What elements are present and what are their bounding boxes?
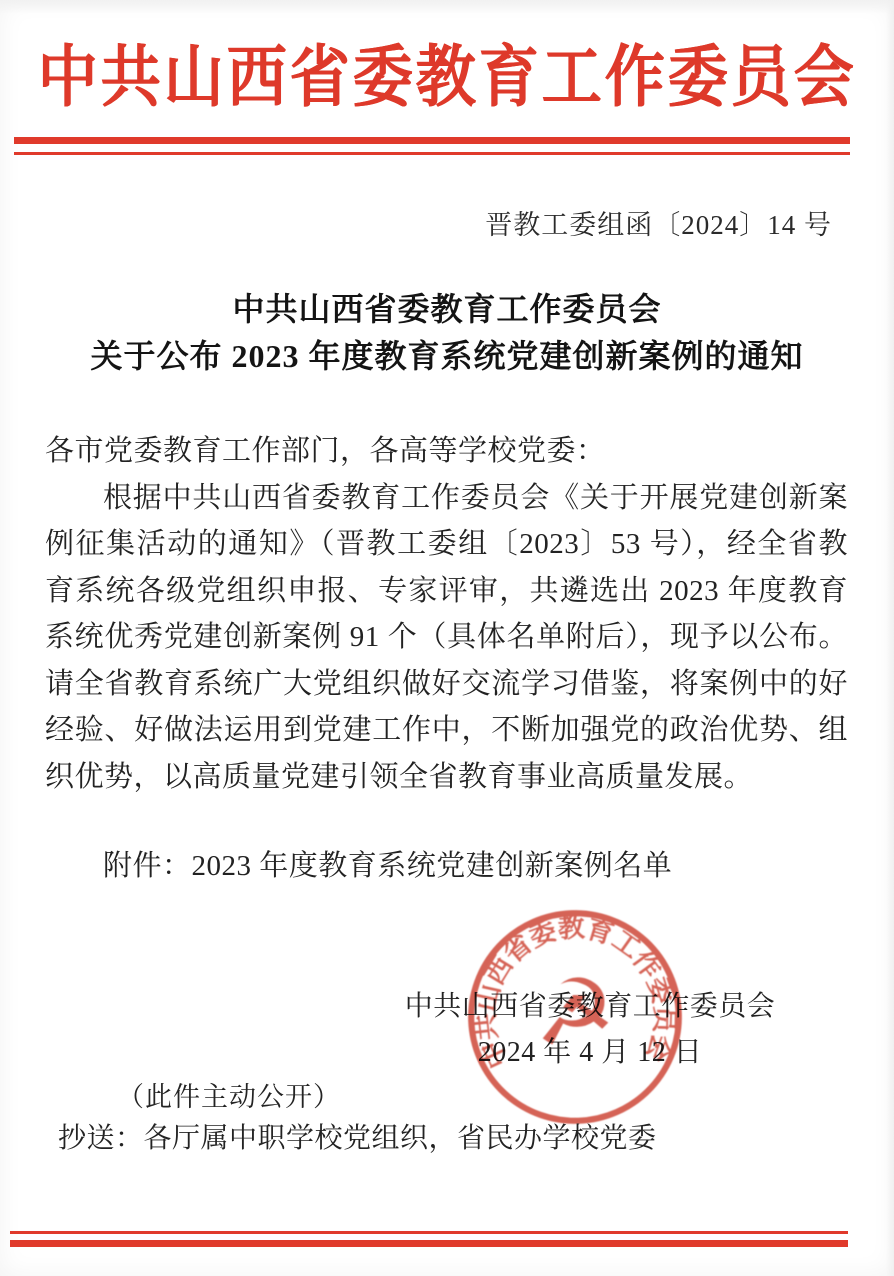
salutation-line: 各市党委教育工作部门，各高等学校党委： [45,428,848,475]
document-title: 中共山西省委教育工作委员会 关于公布 2023 年度教育系统党建创新案例的通知 [30,286,864,380]
attachment-line: 附件：2023 年度教育系统党建创新案例名单 [45,843,848,884]
scan-edge-right [886,0,894,1276]
letterhead-org-name: 中共山西省委教育工作委员会 [20,18,874,126]
disclosure-note: （此件主动公开） [117,1075,341,1114]
body-paragraph: 根据中共山西省委教育工作委员会《关于开展党建创新案例征集活动的通知》（晋教工委组… [45,475,848,801]
cc-distribution-line: 抄送：各厅属中职学校党组织，省民办学校党委 [58,1116,657,1156]
official-red-seal: 中共山西省委教育工作委员会 ☭ [460,902,690,1132]
header-double-rule [14,137,850,155]
document-title-line1: 中共山西省委教育工作委员会 [30,286,864,333]
document-reference-number: 晋教工委组函〔2024〕14 号 [60,203,832,242]
document-title-line2: 关于公布 2023 年度教育系统党建创新案例的通知 [30,333,864,380]
document-body: 各市党委教育工作部门，各高等学校党委： 根据中共山西省委教育工作委员会《关于开展… [45,428,848,800]
footer-double-rule [10,1231,848,1247]
scan-edge-top [0,0,894,14]
hammer-sickle-icon: ☭ [533,959,618,1067]
document-page: 中共山西省委教育工作委员会 晋教工委组函〔2024〕14 号 中共山西省委教育工… [0,0,894,1276]
